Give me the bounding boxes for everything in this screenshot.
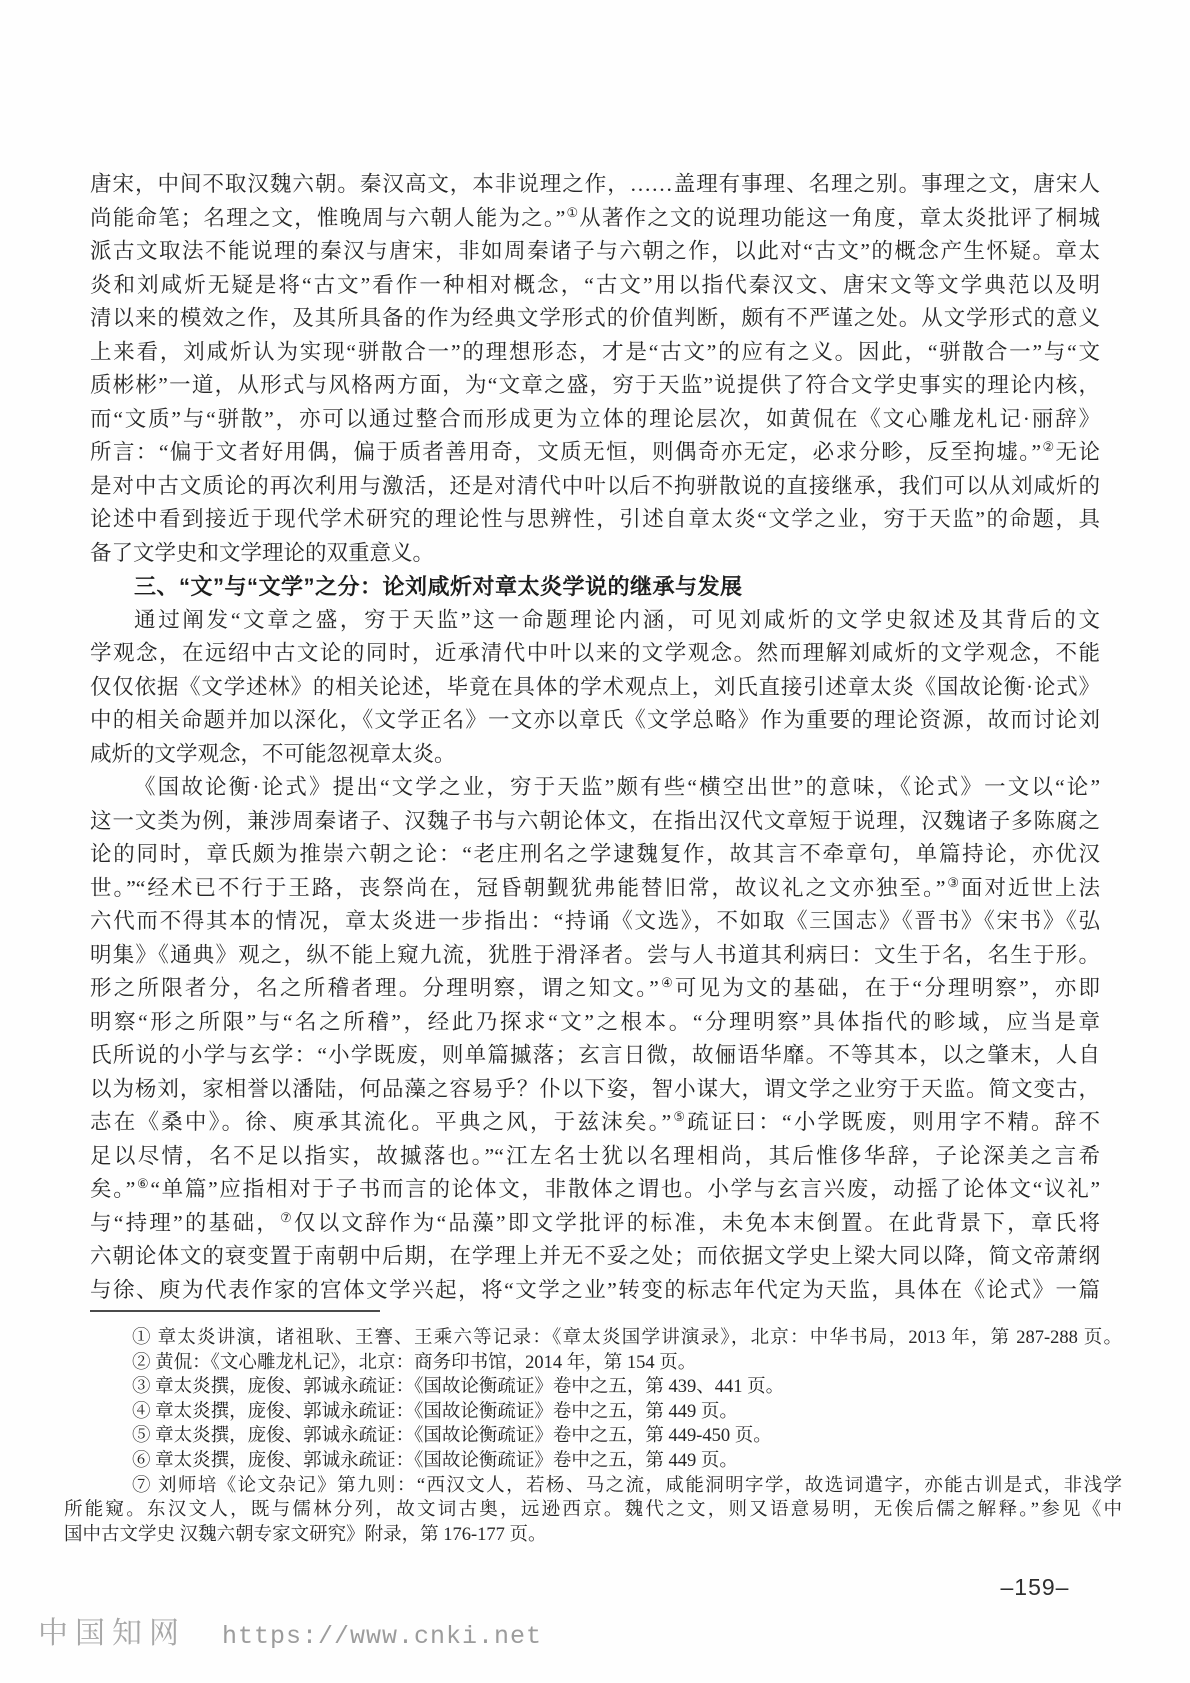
body-line: 所言：“偏于文者好用偶，偏于质者善用奇，文质无恒，则偶奇亦无定，必求分畛，反至拘… [90,436,1100,470]
body-line: 足以尽情，名不足以指实，故摵落也。”“江左名士犹以名理相尚，其后惟侈华辞，子论深… [90,1140,1100,1174]
page-number: –159– [960,1574,1110,1601]
body-line: 志在《桑中》。徐、庾承其流化。平典之风，于兹沫矣。”⑤疏证曰：“小学既废，则用字… [90,1106,1100,1140]
body-line: 仅仅依据《文学述林》的相关论述，毕竟在具体的学术观点上，刘氏直接引述章太炎《国故… [90,671,1100,705]
footnote-line: ① 章太炎讲演，诸祖耿、王謇、王乘六等记录：《章太炎国学讲演录》，北京：中华书局… [64,1326,1122,1351]
cnki-logo-text: 中国知网 [38,1608,186,1652]
body-line: 六代而不得其本的情况，章太炎进一步指出：“持诵《文选》，不如取《三国志》《晋书》… [90,905,1100,939]
article-body: 唐宋，中间不取汉魏六朝。秦汉高文，本非说理之作，……盖理有事理、名理之别。事理之… [90,168,1100,1307]
cnki-url: https://www.cnki.net [222,1622,542,1651]
footnote-line: ② 黄侃：《文心雕龙札记》，北京：商务印书馆，2014 年，第 154 页。 [64,1351,1122,1376]
body-line: 世。”“经术已不行于王路，丧祭尚在，冠昏朝觐犹弗能替旧常，故议礼之文亦独至。”③… [90,872,1100,906]
body-line: 《国故论衡·论式》提出“文学之业，穷于天监”颇有些“横空出世”的意味，《论式》一… [90,771,1100,805]
body-line: 这一文类为例，兼涉周秦诸子、汉魏子书与六朝论体文，在指出汉代文章短于说理，汉魏诸… [90,805,1100,839]
body-line: 学观念，在远绍中古文论的同时，近承清代中叶以来的文学观念。然而理解刘咸炘的文学观… [90,637,1100,671]
body-line: 中的相关命题并加以深化，《文学正名》一文亦以章氏《文学总略》作为重要的理论资源，… [90,704,1100,738]
cnki-watermark: 中国知网 https://www.cnki.net [38,1608,542,1652]
body-line: 清以来的模效之作，及其所具备的作为经典文学形式的价值判断，颇有不严谨之处。从文学… [90,302,1100,336]
paragraph-2: 通过阐发“文章之盛，穷于天监”这一命题理论内涵，可见刘咸炘的文学史叙述及其背后的… [90,604,1100,772]
body-line: 炎和刘咸炘无疑是将“古文”看作一种相对概念，“古文”用以指代秦汉文、唐宋文等文学… [90,269,1100,303]
body-line: 明集》《通典》观之，纵不能上窥九流，犹胜于滑泽者。尝与人书道其利病曰：文生于名，… [90,939,1100,973]
body-line: 形之所限者分，名之所稽者理。分理明察，谓之知文。”④可见为文的基础，在于“分理明… [90,972,1100,1006]
body-line: 以为杨刘，家相誉以潘陆，何品藻之容易乎？仆以下姿，智小谋大，谓文学之业穷于天监。… [90,1073,1100,1107]
footnotes: ① 章太炎讲演，诸祖耿、王謇、王乘六等记录：《章太炎国学讲演录》，北京：中华书局… [64,1326,1122,1547]
body-line: 论述中看到接近于现代学术研究的理论性与思辨性，引述自章太炎“文学之业，穷于天监”… [90,503,1100,537]
body-line: 六朝论体文的衰变置于南朝中后期，在学理上并无不妥之处；而依据文学史上梁大同以降，… [90,1240,1100,1274]
body-line: 上来看，刘咸炘认为实现“骈散合一”的理想形态，才是“古文”的应有之义。因此，“骈… [90,336,1100,370]
body-line: 明察“形之所限”与“名之所稽”，经此乃探求“文”之根本。“分理明察”具体指代的畛… [90,1006,1100,1040]
body-line: 论的同时，章氏颇为推崇六朝之论：“老庄刑名之学逮魏复作，故其言不牵章句，单篇持论… [90,838,1100,872]
body-line: 质彬彬”一道，从形式与风格两方面，为“文章之盛，穷于天监”说提供了符合文学史事实… [90,369,1100,403]
section-heading: 三、“文”与“文学”之分：论刘咸炘对章太炎学说的继承与发展 [90,570,1100,604]
footnote-separator [90,1310,380,1312]
footnote-line: ⑥ 章太炎撰，庞俊、郭诚永疏证：《国故论衡疏证》卷中之五，第 449 页。 [64,1449,1122,1474]
body-line: 而“文质”与“骈散”，亦可以通过整合而形成更为立体的理论层次，如黄侃在《文心雕龙… [90,403,1100,437]
body-line: 氏所说的小学与玄学：“小学既废，则单篇摵落；玄言日微，故俪语华靡。不等其本，以之… [90,1039,1100,1073]
body-line: 派古文取法不能说理的秦汉与唐宋，非如周秦诸子与六朝之作，以此对“古文”的概念产生… [90,235,1100,269]
paragraph-continued: 唐宋，中间不取汉魏六朝。秦汉高文，本非说理之作，……盖理有事理、名理之别。事理之… [90,168,1100,570]
footnote-line: ③ 章太炎撰，庞俊、郭诚永疏证：《国故论衡疏证》卷中之五，第 439、441 页… [64,1375,1122,1400]
footnote-line: ④ 章太炎撰，庞俊、郭诚永疏证：《国故论衡疏证》卷中之五，第 449 页。 [64,1400,1122,1425]
body-line: 与徐、庾为代表作家的宫体文学兴起，将“文学之业”转变的标志年代定为天监，具体在《… [90,1274,1100,1308]
footnote-continuation-line: 国中古文学史 汉魏六朝专家文研究》附录，第 176-177 页。 [64,1523,1122,1548]
document-page: 唐宋，中间不取汉魏六朝。秦汉高文，本非说理之作，……盖理有事理、名理之别。事理之… [0,0,1190,1683]
body-line: 矣。”⑥“单篇”应指相对于子书而言的论体文，非散体之谓也。小学与玄言兴废，动摇了… [90,1173,1100,1207]
footnote-line: ⑤ 章太炎撰，庞俊、郭诚永疏证：《国故论衡疏证》卷中之五，第 449-450 页… [64,1424,1122,1449]
body-line: 通过阐发“文章之盛，穷于天监”这一命题理论内涵，可见刘咸炘的文学史叙述及其背后的… [90,604,1100,638]
footnote-line: ⑦ 刘师培《论文杂记》第九则：“西汉文人，若杨、马之流，咸能洞明字学，故选词遣字… [64,1474,1122,1499]
body-line: 是对中古文质论的再次利用与激活，还是对清代中叶以后不拘骈散说的直接继承，我们可以… [90,470,1100,504]
body-line: 唐宋，中间不取汉魏六朝。秦汉高文，本非说理之作，……盖理有事理、名理之别。事理之… [90,168,1100,202]
body-line: 备了文学史和文学理论的双重意义。 [90,537,1100,571]
paragraph-3: 《国故论衡·论式》提出“文学之业，穷于天监”颇有些“横空出世”的意味，《论式》一… [90,771,1100,1307]
body-line: 尚能命笔；名理之文，惟晚周与六朝人能为之。”①从著作之文的说理功能这一角度，章太… [90,202,1100,236]
body-line: 与“持理”的基础，⑦仅以文辞作为“品藻”即文学批评的标准，未免本末倒置。在此背景… [90,1207,1100,1241]
body-line: 咸炘的文学观念，不可能忽视章太炎。 [90,738,1100,772]
footnote-continuation-line: 所能窥。东汉文人，既与儒林分列，故文词古奥，远逊西京。魏代之文，则又语意易明，无… [64,1498,1122,1523]
